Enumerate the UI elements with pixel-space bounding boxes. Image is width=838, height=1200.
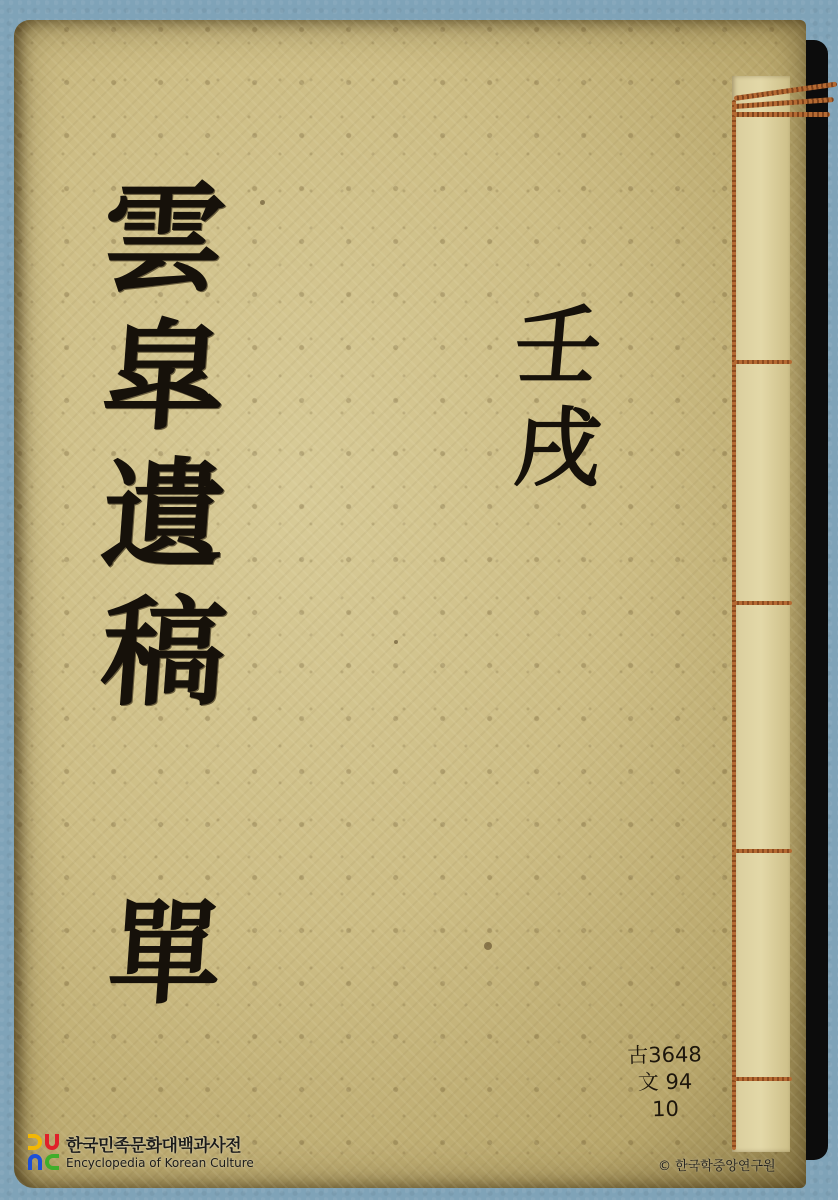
- title-char: 雲: [97, 170, 231, 308]
- paper-stain: [260, 200, 265, 205]
- title-char: 皐: [97, 308, 231, 446]
- encyclopedia-watermark: 한국민족문화대백과사전 Encyclopedia of Korean Cultu…: [28, 1134, 254, 1172]
- title-char: 稿: [97, 584, 231, 722]
- watermark-korean: 한국민족문화대백과사전: [66, 1138, 254, 1155]
- binding-stitch: [734, 601, 792, 605]
- copyright-notice: © 한국학중앙연구원: [658, 1155, 776, 1174]
- title-char: 遺: [97, 446, 231, 584]
- catalog-line: 10: [620, 1095, 710, 1124]
- binding-stitch: [734, 360, 792, 364]
- watermark-english: Encyclopedia of Korean Culture: [66, 1157, 254, 1169]
- catalog-line: 文 94: [620, 1068, 710, 1097]
- binding-thread-vertical: [732, 100, 736, 1150]
- date-char: 戌: [511, 398, 606, 500]
- catalog-number: 古3648 文 94 10: [619, 1041, 710, 1124]
- book-title: 雲 皐 遺 稿: [84, 170, 244, 722]
- cyclical-year-label: 壬 戌: [498, 296, 618, 500]
- paper-stain: [484, 942, 492, 950]
- paper-stain: [394, 640, 398, 644]
- binding-stitch: [734, 849, 792, 853]
- binding-stitch: [734, 1077, 792, 1081]
- catalog-line: 古3648: [619, 1041, 709, 1070]
- encykorea-logo-icon: [28, 1134, 62, 1172]
- volume-marker: 單: [95, 880, 235, 1030]
- date-char: 壬: [511, 296, 606, 398]
- binding-spine: [732, 76, 790, 1152]
- binding-thread-tail: [734, 112, 830, 117]
